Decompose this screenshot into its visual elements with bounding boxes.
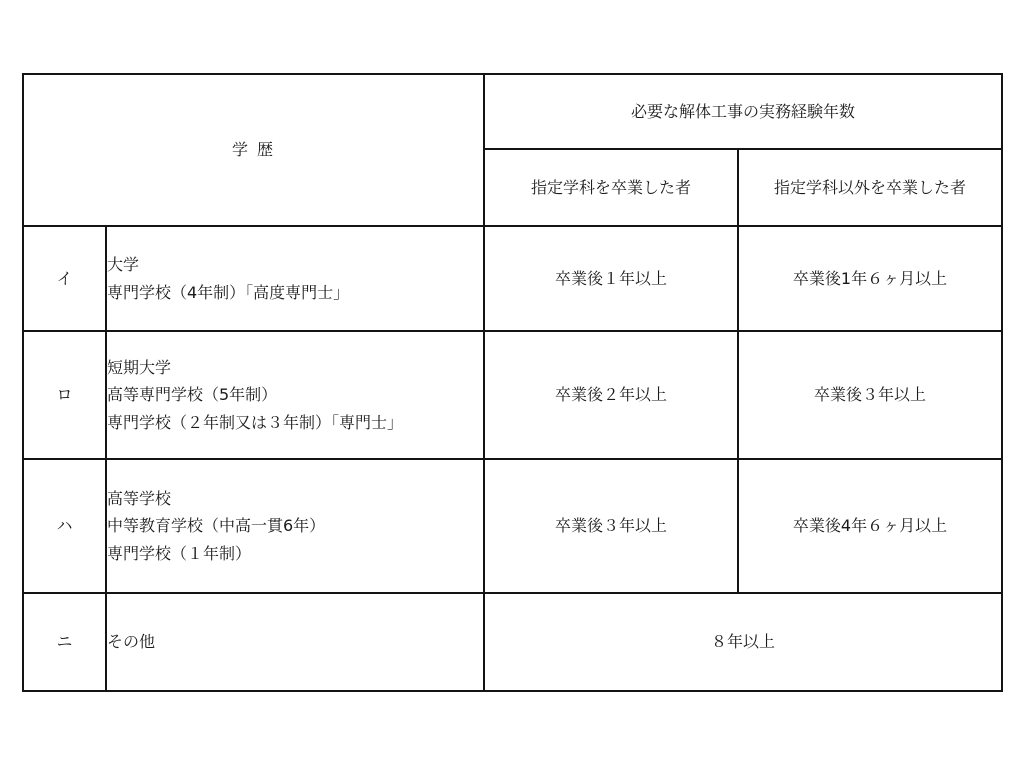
- education-cell: 高等学校 中等教育学校（中高一貫6年） 専門学校（１年制）: [106, 459, 484, 593]
- designated-value-cell: 卒業後３年以上: [484, 459, 738, 593]
- table-row-ni: ニ その他 ８年以上: [23, 593, 1002, 691]
- designated-value-cell: 卒業後２年以上: [484, 331, 738, 459]
- row-key-cell: ニ: [23, 593, 106, 691]
- page: 学 歴 必要な解体工事の実務経験年数 指定学科を卒業した者 指定学科以外を卒業し…: [0, 0, 1024, 768]
- education-header-cell: 学 歴: [23, 74, 484, 226]
- designated-dept-header-cell: 指定学科を卒業した者: [484, 149, 738, 226]
- table-row-ro: ロ 短期大学 高等専門学校（5年制） 専門学校（２年制又は３年制）「専門士」 卒…: [23, 331, 1002, 459]
- combined-value-cell: ８年以上: [484, 593, 1002, 691]
- designated-value-cell: 卒業後１年以上: [484, 226, 738, 331]
- row-key-cell: イ: [23, 226, 106, 331]
- non-designated-value-cell: 卒業後1年６ヶ月以上: [738, 226, 1002, 331]
- education-cell: 短期大学 高等専門学校（5年制） 専門学校（２年制又は３年制）「専門士」: [106, 331, 484, 459]
- non-designated-value-cell: 卒業後３年以上: [738, 331, 1002, 459]
- experience-requirements-table: 学 歴 必要な解体工事の実務経験年数 指定学科を卒業した者 指定学科以外を卒業し…: [22, 73, 1003, 692]
- education-cell: その他: [106, 593, 484, 691]
- table-row-i: イ 大学 専門学校（4年制）「高度専門士」 卒業後１年以上 卒業後1年６ヶ月以上: [23, 226, 1002, 331]
- non-designated-value-cell: 卒業後4年６ヶ月以上: [738, 459, 1002, 593]
- table-row-ha: ハ 高等学校 中等教育学校（中高一貫6年） 専門学校（１年制） 卒業後３年以上 …: [23, 459, 1002, 593]
- row-key-cell: ハ: [23, 459, 106, 593]
- non-designated-dept-header-cell: 指定学科以外を卒業した者: [738, 149, 1002, 226]
- header-row-top: 学 歴 必要な解体工事の実務経験年数: [23, 74, 1002, 149]
- row-key-cell: ロ: [23, 331, 106, 459]
- experience-header-cell: 必要な解体工事の実務経験年数: [484, 74, 1002, 149]
- education-cell: 大学 専門学校（4年制）「高度専門士」: [106, 226, 484, 331]
